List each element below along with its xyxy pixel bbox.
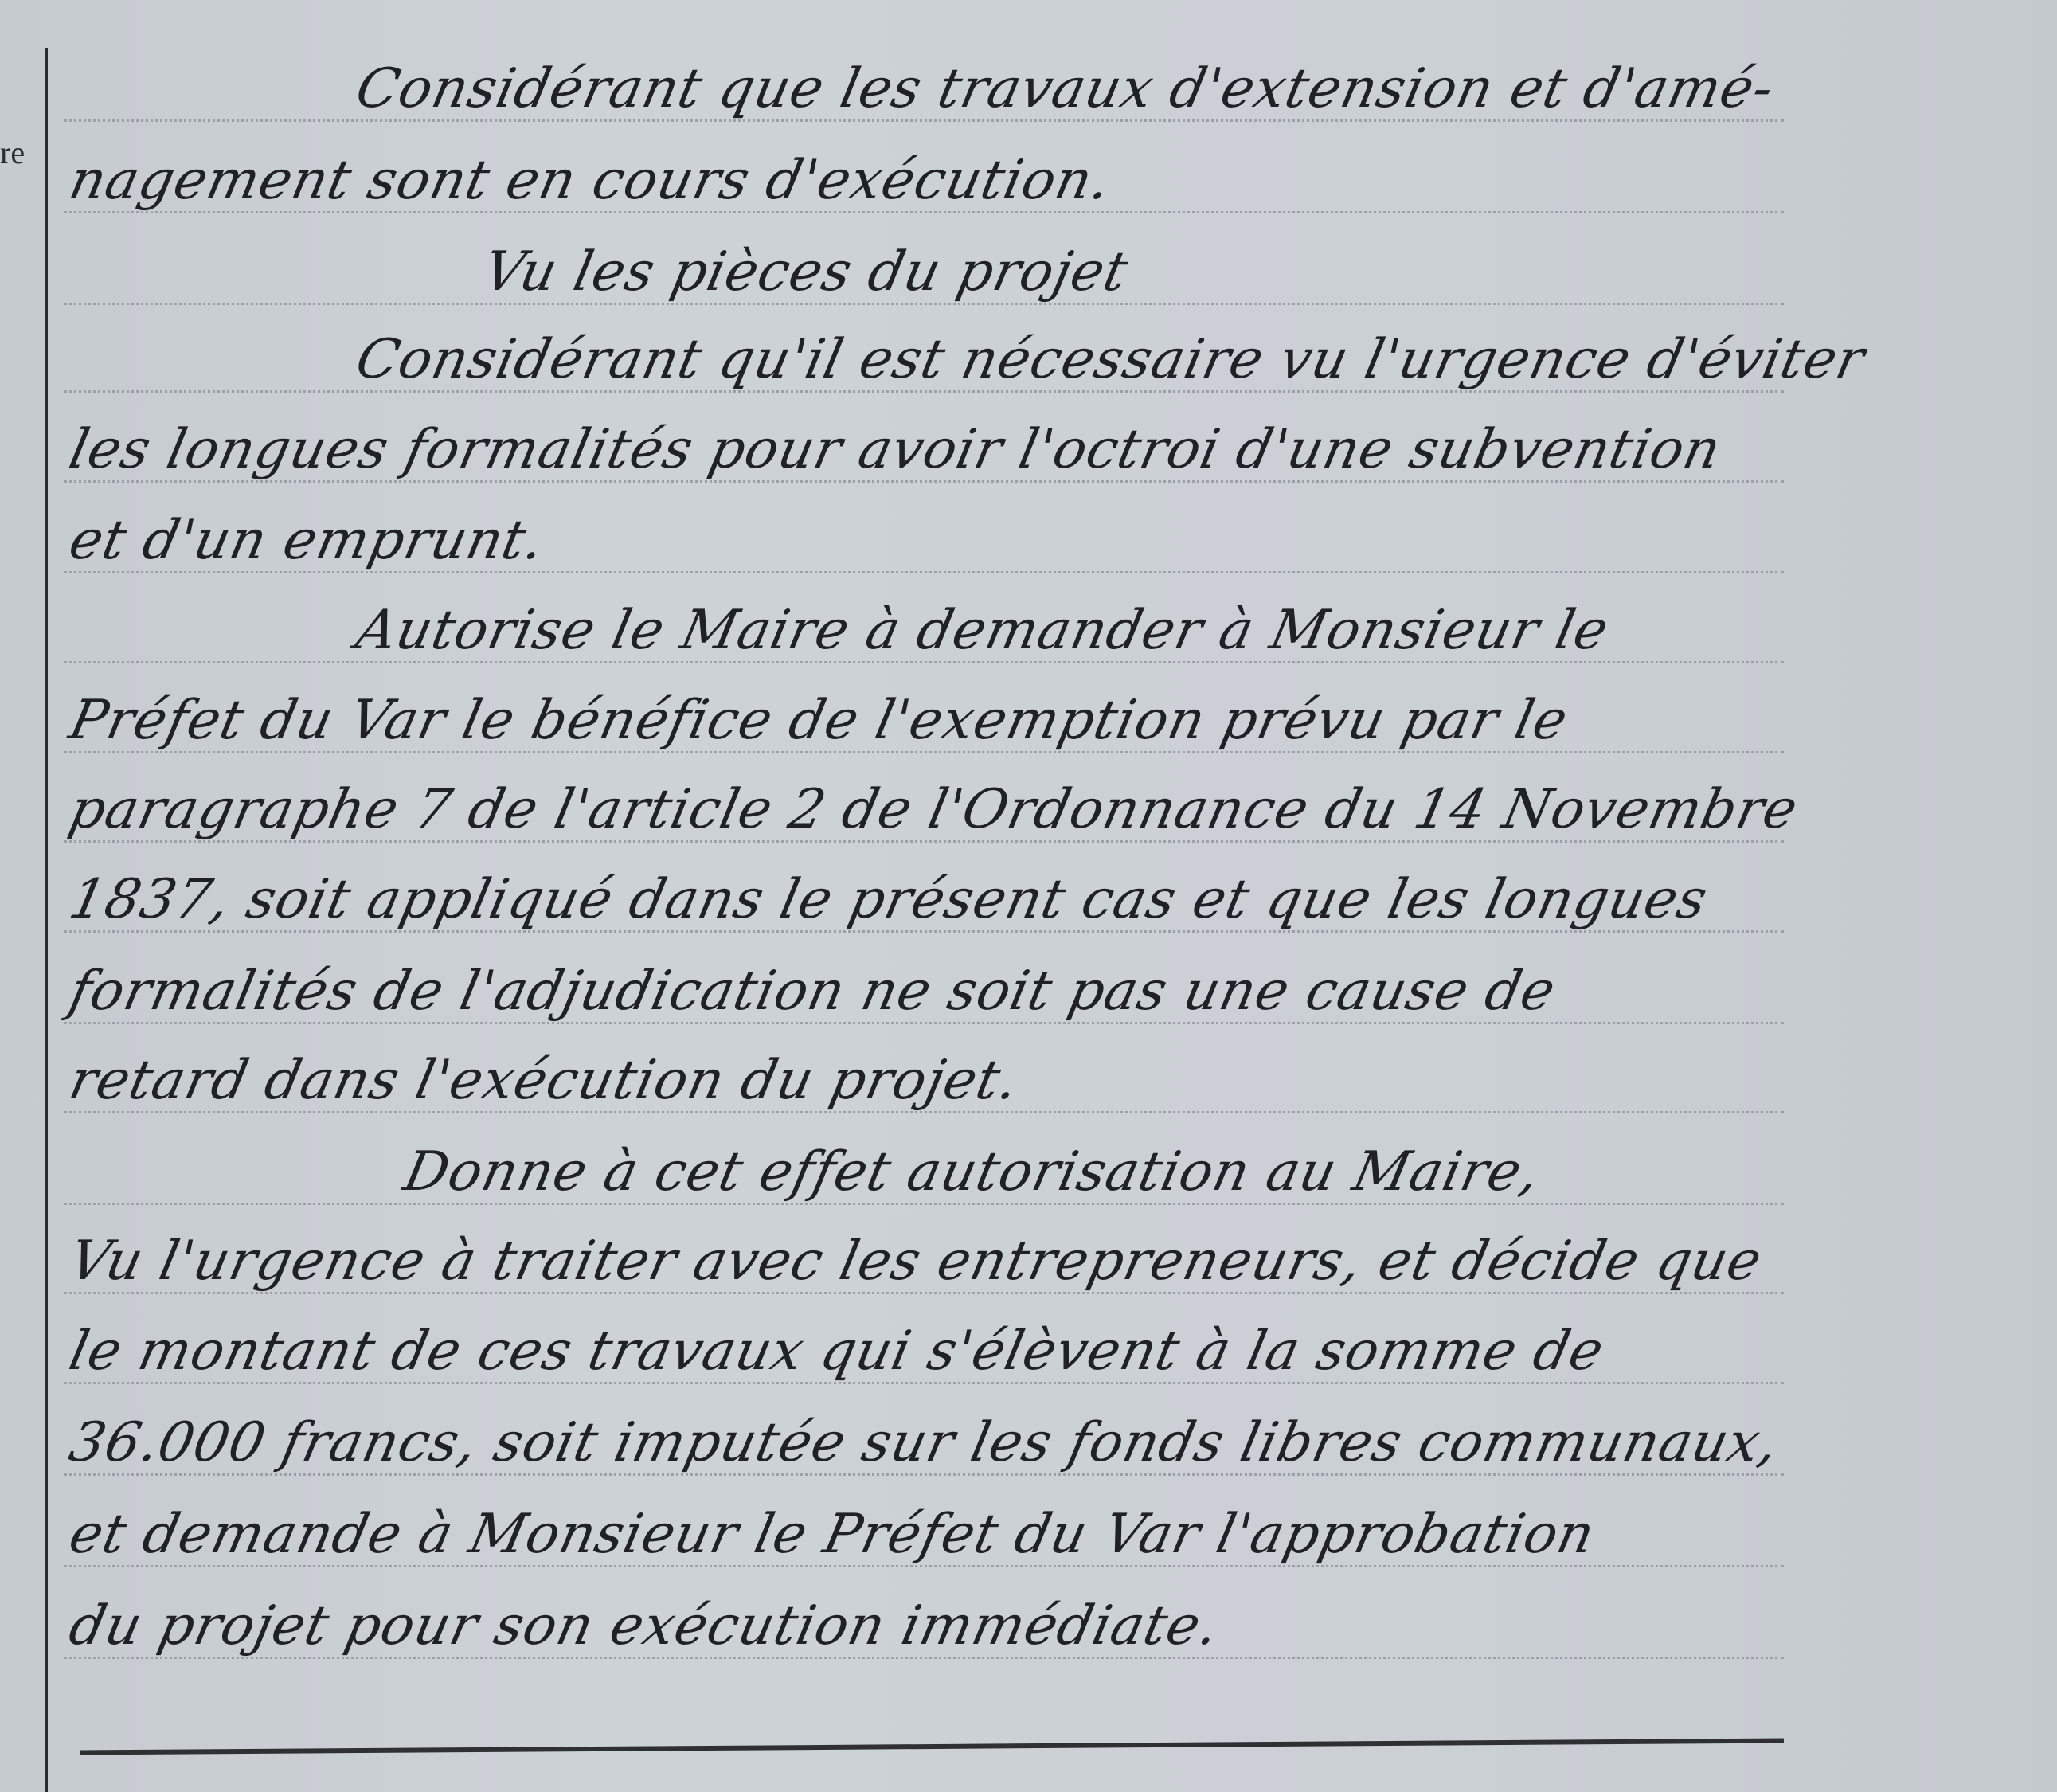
text-line: les longues formalités pour avoir l'octr… xyxy=(64,418,1829,482)
text-line: Autorise le Maire à demander à Monsieur … xyxy=(350,599,2057,663)
text-line: et demande à Monsieur le Préfet du Var l… xyxy=(64,1503,1829,1567)
margin-rule xyxy=(45,48,48,1792)
text-line: retard dans l'exécution du projet. xyxy=(64,1049,1829,1113)
text-line: 1837, soit appliqué dans le présent cas … xyxy=(64,868,1829,932)
text-line: du projet pour son exécution immédiate. xyxy=(64,1594,1829,1658)
text-line: Vu les pièces du projet xyxy=(478,241,2057,304)
text-line: formalités de l'adjudication ne soit pas… xyxy=(64,960,1829,1023)
text-line: Considérant qu'il est nécessaire vu l'ur… xyxy=(350,328,2057,392)
text-line: nagement sont en cours d'exécution. xyxy=(64,149,1829,213)
text-line: et d'un emprunt. xyxy=(64,509,1829,573)
section-end-rule xyxy=(80,1739,1784,1755)
text-line: 36.000 francs, soit imputée sur les fond… xyxy=(64,1411,1829,1475)
text-line: Considérant que les travaux d'extension … xyxy=(350,57,2057,121)
text-line: paragraphe 7 de l'article 2 de l'Ordonna… xyxy=(64,778,1829,842)
text-line: Donne à cet effet autorisation au Maire, xyxy=(398,1141,2057,1204)
text-line: Vu l'urgence à traiter avec les entrepre… xyxy=(64,1230,1829,1293)
margin-note: re xyxy=(0,134,25,171)
text-line: Préfet du Var le bénéfice de l'exemption… xyxy=(64,689,1829,753)
text-line: le montant de ces travaux qui s'élèvent … xyxy=(64,1320,1829,1383)
